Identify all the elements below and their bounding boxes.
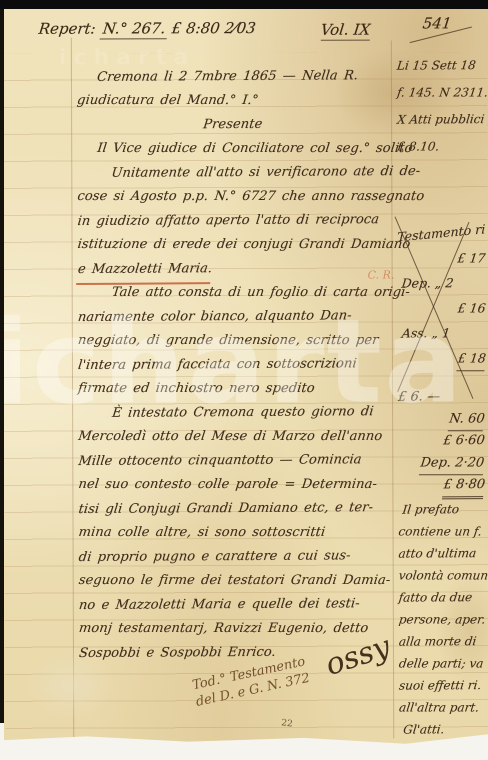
manuscript-line-text: Unitamente all'atto si verificarono ate … — [110, 160, 422, 186]
manuscript-line: Unitamente all'atto si verificarono ate … — [77, 160, 389, 186]
manuscript-line-text: cose si Agosto p.p. N.° 6727 che anno ra… — [76, 185, 426, 209]
sum-line-text: £ 8·80 — [442, 474, 486, 499]
repertorio-label: Repert: — [38, 20, 97, 38]
manuscript-line-text: monj testamentarj, Ravizzi Eugenio, dett… — [77, 617, 369, 641]
manuscript-line-text: Presente — [202, 113, 264, 137]
manuscript-line-text: l'intera prima facciata con sottoscrizio… — [77, 352, 358, 378]
sum-line-text: Dep. 2·20 — [419, 452, 485, 475]
manuscript-line: di proprio pugno e carattere a cui sus- — [79, 544, 391, 570]
folio-number: 541 — [423, 14, 452, 32]
manuscript-line-text: nel suo contesto colle parole = Determin… — [77, 473, 378, 497]
manuscript-line: firmate ed inchiostro nero spedito — [78, 377, 390, 401]
manuscript-line-text: no e Mazzoletti Maria e quelle dei testi… — [77, 592, 361, 618]
margin-line: Li 15 Sett 18 — [397, 52, 488, 80]
manuscript-line: e Mazzoletti Maria. — [78, 256, 390, 282]
margin-line-text: £ 8.10. — [396, 133, 441, 160]
note-line-text: Il prefato — [401, 498, 460, 520]
manuscript-line: Mille ottocento cinquantotto — Comincia — [78, 448, 390, 474]
manuscript-line: monj testamentarj, Ravizzi Eugenio, dett… — [79, 617, 391, 641]
manuscript-line: Cremona li 2 7mbre 1865 — Nella R. — [77, 64, 389, 90]
manuscript-line: in giudizio affatto aperto l'atto di rec… — [77, 208, 389, 234]
manuscript-line: nariamente color bianco, alquanto Dan- — [78, 304, 390, 330]
sum-line: £ 6. — — [398, 386, 488, 409]
note-line: all'altra part. — [399, 696, 488, 718]
manuscript-line-text: Tale atto consta di un foglio di carta o… — [110, 281, 411, 305]
manuscript-line-text: Il Vice giudice di Conciliatore col seg.… — [96, 137, 414, 161]
manuscript-line: tisi gli Conjugi Grandi Damiano etc, e t… — [78, 496, 390, 522]
fee-line: Testamento ri — [397, 220, 488, 246]
note-line-text: Gl'atti. — [402, 718, 446, 740]
fee-line: £ 16 — [398, 295, 488, 320]
note-line: alla morte di — [399, 630, 488, 653]
manuscript-line-text: mina colle altre, si sono sottoscritti — [77, 521, 327, 545]
note-line-text: suoi effetti ri. — [398, 674, 483, 697]
manuscript-line-text: istituzione di erede dei conjugi Grandi … — [76, 233, 412, 257]
manuscript-line-text: tisi gli Conjugi Grandi Damiano etc, e t… — [77, 496, 374, 522]
manuscript-line-text: È intestato Cremona questo giorno di — [111, 400, 375, 426]
sum-line-text: £ 6·60 — [442, 430, 486, 452]
manuscript-line: l'intera prima facciata con sottoscrizio… — [78, 352, 390, 378]
manuscript-line-text: Mercoledì otto del Mese di Marzo dell'an… — [77, 425, 384, 449]
margin-line: f. 145. N 2311. — [397, 79, 488, 106]
note-line-text: persone, aper. — [397, 608, 486, 630]
note-line-text: alla morte di — [398, 630, 478, 652]
fee-line: Ass. „ 1 — [398, 320, 488, 346]
manuscript-line: no e Mazzoletti Maria e quelle dei testi… — [79, 592, 391, 618]
document-scan: Repert: N.° 267. £ 8:80 2⁄03 Vol. IX 541… — [0, 0, 488, 760]
repertorio-number: N.° 267. — [99, 19, 168, 39]
note-line: volontà comun. — [399, 564, 488, 586]
margin-line-text: Li 15 Sett 18 — [395, 52, 477, 80]
main-text-column: Cremona li 2 7mbre 1865 — Nella R. giudi… — [77, 64, 391, 665]
fee-line-text: £ 18 — [456, 345, 487, 371]
fee-total-header: £ 8:80 2⁄03 — [171, 19, 257, 37]
manuscript-page: Repert: N.° 267. £ 8:80 2⁄03 Vol. IX 541… — [4, 9, 488, 746]
note-line: Il prefato — [398, 498, 488, 521]
repertorio-header: Repert: N.° 267. £ 8:80 2⁄03 — [39, 19, 256, 40]
note-line: fatto da due — [399, 586, 488, 609]
fee-line-text: £ 17 — [456, 245, 487, 270]
manuscript-line: mina colle altre, si sono sottoscritti — [79, 521, 391, 545]
note-line: atto d'ultima — [399, 542, 488, 565]
manuscript-line-text: firmate ed inchiostro nero spedito — [77, 377, 317, 401]
manuscript-line: giudicatura del Mand.° I.° — [77, 89, 389, 113]
margin-fee-block: Testamento ri £ 17 Dep. „ 2 £ 16 Ass. „ … — [397, 220, 488, 370]
margin-sum-block: £ 6. — N. 60 £ 6·60 Dep. 2·20 £ 8·80 — [398, 386, 488, 496]
page-content: Repert: N.° 267. £ 8:80 2⁄03 Vol. IX 541… — [3, 8, 488, 747]
manuscript-line-text: Sospobbi e Sospobbi Enrico. — [78, 641, 278, 666]
note-line-text: delle parti; va — [398, 652, 485, 674]
manuscript-line: Mercoledì otto del Mese di Marzo dell'an… — [78, 425, 390, 449]
sum-line: Dep. 2·20 — [398, 452, 488, 474]
sum-line: N. 60 — [398, 408, 488, 430]
note-line: persone, aper. — [399, 608, 488, 630]
note-line-text: atto d'ultima — [397, 542, 477, 564]
manuscript-line: nel suo contesto colle parole = Determin… — [78, 473, 390, 497]
margin-note-block: Il prefato contiene un f. atto d'ultima … — [398, 498, 488, 740]
note-line-text: volontà comun. — [397, 564, 488, 586]
red-registrar-mark: C. R. — [368, 268, 395, 281]
manuscript-line: Tale atto consta di un foglio di carta o… — [78, 281, 390, 305]
manuscript-line-text: Mille ottocento cinquantotto — Comincia — [77, 448, 363, 474]
manuscript-line: seguono le firme dei testatori Grandi Da… — [79, 569, 391, 593]
fee-line-text: £ 16 — [456, 295, 487, 320]
sum-line-text: £ 6. — — [397, 386, 442, 408]
note-line-text: all'altra part. — [398, 696, 481, 718]
margin-registration-block: Li 15 Sett 18 f. 145. N 2311. X Atti pub… — [397, 52, 488, 160]
manuscript-line-text: nariamente color bianco, alquanto Dan- — [76, 304, 353, 330]
sheet-mark: 22 — [281, 718, 294, 729]
manuscript-line: Il Vice giudice di Conciliatore col seg.… — [77, 137, 389, 161]
sum-line: £ 6·60 — [398, 430, 488, 453]
manuscript-line: È intestato Cremona questo giorno di — [78, 400, 390, 426]
margin-line-text: X Atti pubblici g. — [396, 106, 488, 134]
sum-line: £ 8·80 — [398, 474, 488, 497]
note-line: delle parti; va — [399, 652, 488, 674]
note-line: contiene un f. — [399, 520, 488, 542]
manuscript-line-text: seguono le firme dei testatori Grandi Da… — [77, 569, 391, 593]
manuscript-line-text: giudicatura del Mand.° I.° — [76, 89, 260, 113]
margin-line: £ 8.10. — [397, 133, 488, 160]
manuscript-line-text: di proprio pugno e carattere a cui sus- — [77, 544, 352, 570]
margin-line: X Atti pubblici g. — [397, 106, 488, 134]
note-line-text: contiene un f. — [397, 520, 483, 542]
manuscript-line-text: Cremona li 2 7mbre 1865 — Nella R. — [96, 64, 360, 90]
manuscript-line: istituzione di erede dei conjugi Grandi … — [78, 233, 390, 257]
manuscript-line: cose si Agosto p.p. N.° 6727 che anno ra… — [77, 185, 389, 209]
scan-background-top — [0, 0, 488, 9]
note-line-text: fatto da due — [397, 586, 473, 608]
manuscript-line-text: neggiato, di grande dimensione, scritto … — [76, 329, 379, 353]
manuscript-line-text: in giudizio affatto aperto l'atto di rec… — [76, 208, 380, 234]
manuscript-line: neggiato, di grande dimensione, scritto … — [78, 329, 390, 353]
note-line: suoi effetti ri. — [399, 674, 488, 697]
margin-line-text: f. 145. N 2311. — [395, 79, 488, 106]
volume-label: Vol. IX — [321, 21, 371, 41]
note-line: Gl'atti. — [399, 718, 488, 741]
sum-line-text: N. 60 — [447, 408, 485, 431]
manuscript-line: Presente — [77, 112, 389, 138]
